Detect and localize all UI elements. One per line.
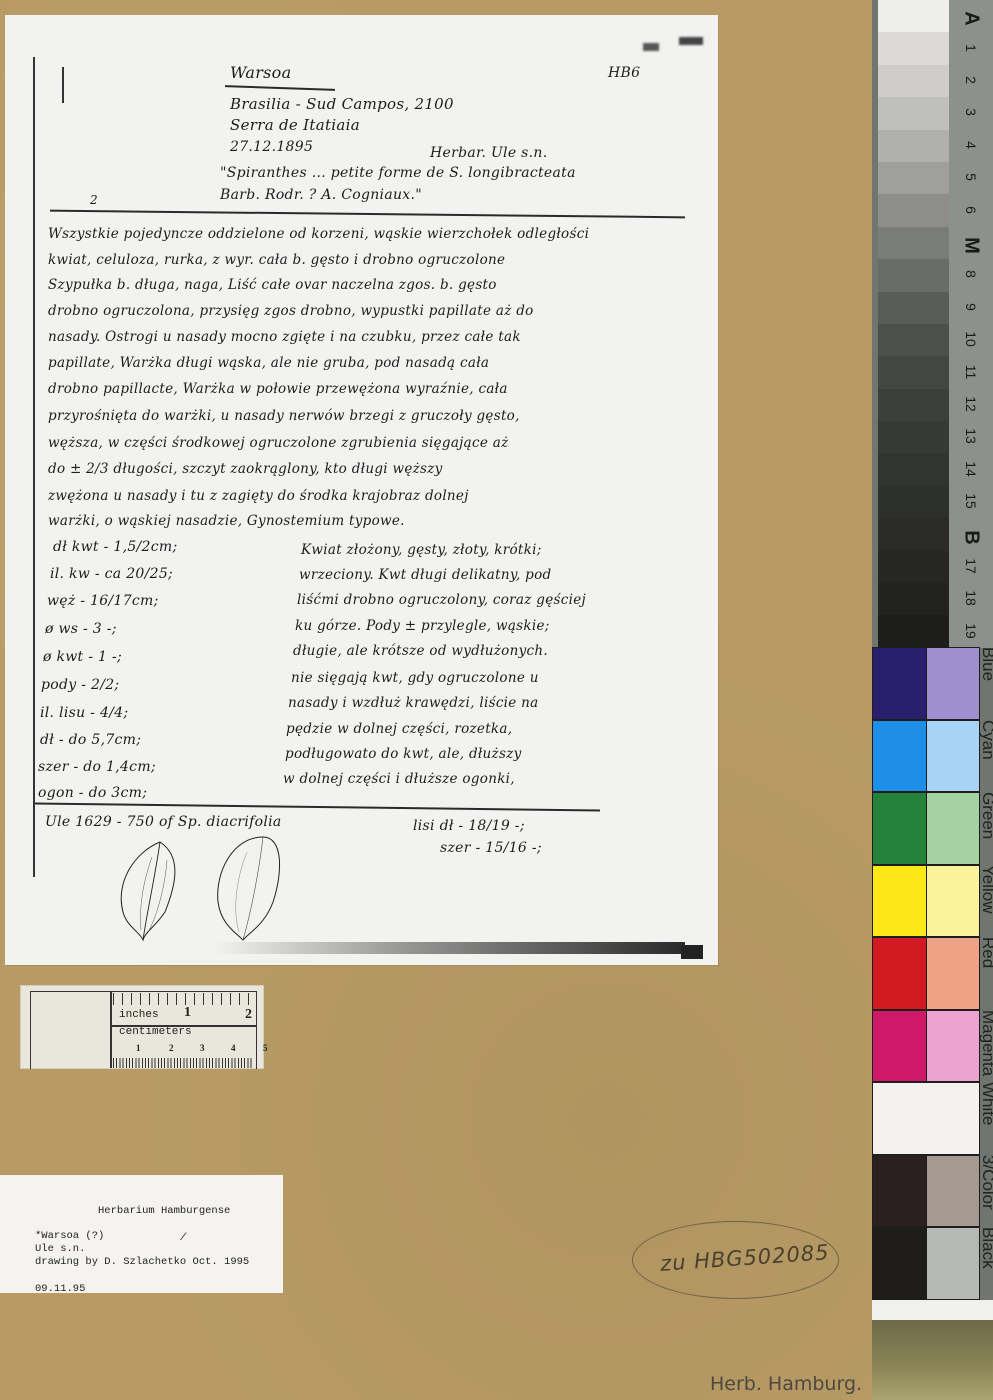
- centimeters-label: centimeters: [119, 1026, 192, 1038]
- description-line: Wszystkie pojedyncze oddzielone od korze…: [48, 226, 589, 242]
- color-patch-label-wrap: Red: [980, 937, 993, 1010]
- header-divider: [50, 210, 685, 218]
- gray-step: [878, 130, 949, 162]
- label-date: 09.11.95: [35, 1283, 85, 1295]
- scan-artifact: [679, 37, 703, 45]
- cm-mark: 1: [136, 1043, 141, 1053]
- drawing-note: drawing by D. Szlachetko Oct. 1995: [35, 1256, 249, 1268]
- collector: Herbar. Ule s.n.: [430, 145, 547, 161]
- scan-shadow-block: [681, 945, 703, 959]
- quote-line-1: "Spiranthes ... petite forme de S. longi…: [220, 165, 576, 181]
- genus-title: Warsoa: [230, 63, 291, 82]
- color-patch-dark: [872, 937, 927, 1010]
- color-patch-light: [926, 937, 980, 1010]
- measurement-note: liśćmi drobno ogruczolony, coraz gęściej: [297, 592, 586, 608]
- locality-line-2: Serra de Itatiaia: [230, 116, 360, 134]
- measurement-item: ogon - do 3cm;: [38, 785, 147, 801]
- gray-step: [878, 518, 949, 550]
- measurement-item: il. kw - ca 20/25;: [50, 566, 173, 582]
- color-patch-label-wrap: Green: [980, 792, 993, 865]
- taxon-name: *Warsoa (?): [35, 1230, 104, 1242]
- title-underline: [225, 85, 335, 90]
- description-line: kwiat, celuloza, rurka, z wyr. cała b. g…: [48, 252, 505, 268]
- collector-name: Ule s.n.: [35, 1243, 85, 1255]
- color-patch-label-wrap: Cyan: [980, 720, 993, 793]
- chart-foot: [872, 1320, 993, 1400]
- color-patch-label-wrap: Blue: [980, 647, 993, 720]
- measurement-item: węż - 16/17cm;: [47, 593, 159, 609]
- scan-shadow-bar: [215, 942, 685, 954]
- color-patch-light: [926, 1155, 980, 1228]
- color-patch-row: Red: [872, 937, 993, 1010]
- color-patch-row: Blue: [872, 647, 993, 720]
- gray-step: [878, 453, 949, 485]
- institution-name: Herbarium Hamburgense: [98, 1205, 230, 1217]
- color-patch-label: White: [980, 1082, 993, 1125]
- gray-step: [878, 259, 949, 291]
- color-patch-label: Magenta: [980, 1010, 993, 1076]
- gray-step: [878, 324, 949, 356]
- color-patch-light: [926, 720, 980, 793]
- gray-step: [878, 615, 949, 647]
- gray-step: [878, 162, 949, 194]
- footer-measure: szer - 15/16 -;: [440, 840, 542, 856]
- measurement-note: długie, ale krótsze od wydłużonych.: [293, 643, 548, 659]
- sheet-code: HB6: [608, 65, 640, 81]
- color-patch-dark: [872, 720, 927, 793]
- inch-mark: 2: [245, 1007, 252, 1023]
- cm-mark: 2: [169, 1043, 174, 1053]
- color-patch-dark: [872, 1010, 927, 1083]
- gray-step: [878, 32, 949, 64]
- color-patch-row: Black: [872, 1227, 993, 1300]
- color-patch-label-wrap: 3/Color: [980, 1155, 993, 1228]
- description-line: nasady. Ostrogi u nasady mocno zgięte i …: [48, 329, 521, 345]
- gray-step: [878, 292, 949, 324]
- drawing-sheet: Warsoa HB6 Brasilia - Sud Campos, 2100 S…: [5, 15, 718, 965]
- measurement-note: wrzeciony. Kwt długi delikatny, pod: [299, 567, 552, 583]
- measurement-item: dł kwt - 1,5/2cm;: [53, 539, 178, 555]
- measurement-item: il. lisu - 4/4;: [40, 705, 128, 721]
- gray-step: [878, 389, 949, 421]
- footer-measure: lisi dł - 18/19 -;: [413, 818, 525, 834]
- inch-mark: 1: [184, 1005, 191, 1021]
- locality-line-1: Brasilia - Sud Campos, 2100: [230, 95, 454, 113]
- gray-step: [878, 486, 949, 518]
- color-patch-dark: [872, 1227, 927, 1300]
- inches-label: inches: [119, 1009, 159, 1021]
- gray-step: [878, 65, 949, 97]
- sheet-margin-line: [33, 57, 35, 877]
- gray-step: [878, 97, 949, 129]
- cm-mark: 4: [231, 1043, 236, 1053]
- check-mark: /: [180, 1232, 186, 1244]
- color-patch-dark: [872, 1082, 980, 1155]
- gray-step: [878, 551, 949, 583]
- color-patch-label: Green: [980, 792, 993, 839]
- measurement-note: nie sięgają kwt, gdy ogruczolone u: [291, 670, 539, 686]
- color-patch-row: White: [872, 1082, 993, 1155]
- gray-step: [878, 356, 949, 388]
- gray-step: [878, 227, 949, 259]
- measurement-item: pody - 2/2;: [41, 677, 119, 693]
- measurement-note: Kwiat złożony, gęsty, złoty, krótki;: [301, 542, 542, 558]
- color-patch-label: Cyan: [980, 720, 993, 760]
- description-line: Szypułka b. długa, naga, Liść całe ovar …: [48, 277, 497, 293]
- footer-divider: [35, 803, 600, 811]
- grayscale-steps: [878, 0, 949, 648]
- measurement-note: w dolnej części i dłuższe ogonki,: [283, 771, 515, 787]
- description-line: warżki, o wąskiej nasadzie, Gynostemium …: [48, 513, 405, 529]
- color-patch-light: [926, 647, 980, 720]
- color-patch-dark: [872, 647, 927, 720]
- description-line: przyrośnięta do warżki, u nasady nerwów …: [48, 408, 520, 424]
- collection-date: 27.12.1895: [230, 139, 313, 155]
- sheet-tick-mark: [62, 67, 64, 103]
- scan-artifact: [643, 43, 659, 51]
- color-patch-row: Yellow: [872, 865, 993, 938]
- leaf-drawing-icon: [115, 832, 315, 942]
- color-patch-light: [926, 1227, 980, 1300]
- description-line: węższa, w części środkowej ogruczolone z…: [48, 435, 509, 451]
- color-patch-row: Green: [872, 792, 993, 865]
- quote-line-2: Barb. Rodr. ? A. Cogniaux.": [220, 187, 422, 203]
- color-patch-dark: [872, 792, 927, 865]
- color-patch-label: Blue: [980, 647, 993, 681]
- color-patch-label-wrap: Yellow: [980, 865, 993, 938]
- herbarium-board: Warsoa HB6 Brasilia - Sud Campos, 2100 S…: [0, 0, 868, 1400]
- herbarium-label: Herbarium Hamburgense *Warsoa (?) / Ule …: [0, 1175, 283, 1293]
- chart-edge: [872, 1300, 993, 1320]
- cm-ticks: [113, 1058, 253, 1068]
- measurement-item: ø ws - 3 -;: [45, 621, 117, 637]
- herbarium-stamp: Herb. Hamburg.: [710, 1373, 862, 1395]
- color-patch-label-wrap: Magenta: [980, 1010, 993, 1083]
- gray-step: [878, 421, 949, 453]
- description-line: drobno papillacte, Warżka w połowie prze…: [48, 381, 508, 397]
- grayscale-labels: A123456M89101112131415B171819: [949, 0, 993, 648]
- gray-step: [878, 0, 949, 32]
- footer-note: Ule 1629 - 750 of Sp. diacrifolia: [45, 814, 282, 830]
- measurement-item: szer - do 1,4cm;: [38, 759, 156, 775]
- page-number: 2: [90, 193, 98, 207]
- color-patch-label: 3/Color: [980, 1155, 993, 1210]
- measurement-note: pędzie w dolnej części, rozetka,: [286, 721, 512, 737]
- measurement-note: nasady i wzdłuż krawędzi, liście na: [288, 695, 539, 711]
- color-patch-dark: [872, 865, 927, 938]
- color-patch-label: Red: [980, 937, 993, 968]
- color-calibration-chart: A123456M89101112131415B171819 BlueCyanGr…: [872, 0, 993, 1400]
- color-patch-label-wrap: Black: [980, 1227, 993, 1300]
- description-line: zwężona u nasady i tu z zagięty do środk…: [48, 488, 469, 504]
- cm-mark: 3: [200, 1043, 205, 1053]
- color-patch-label: Yellow: [980, 865, 993, 914]
- gray-step: [878, 583, 949, 615]
- color-patch-light: [926, 1010, 980, 1083]
- measurement-item: ø kwt - 1 -;: [43, 649, 122, 665]
- color-patch-label: Black: [980, 1227, 993, 1269]
- scale-ruler: inches 1 2 centimeters 1 2 3 4 5: [20, 985, 264, 1069]
- gray-step: [878, 194, 949, 226]
- description-line: drobno ogruczolona, przysięg zgos drobno…: [48, 303, 534, 319]
- inch-ticks: [113, 993, 253, 1005]
- cm-mark: 5: [263, 1043, 268, 1053]
- measurement-note: ku górze. Pody ± przylegle, wąskie;: [295, 618, 550, 634]
- color-patch-dark: [872, 1155, 927, 1228]
- color-patch-label-wrap: White: [980, 1082, 993, 1155]
- color-patch-light: [926, 865, 980, 938]
- measurement-item: dł - do 5,7cm;: [40, 732, 141, 748]
- color-patch-row: 3/Color: [872, 1155, 993, 1228]
- description-line: papillate, Warżka długi wąska, ale nie g…: [48, 355, 489, 371]
- color-patch-row: Cyan: [872, 720, 993, 793]
- description-line: do ± 2/3 długości, szczyt zaokrąglony, k…: [48, 461, 443, 477]
- color-patch-light: [926, 792, 980, 865]
- measurement-note: podługowato do kwt, ale, dłuższy: [285, 746, 522, 762]
- ruler-divider: [110, 991, 112, 1068]
- color-patch-row: Magenta: [872, 1010, 993, 1083]
